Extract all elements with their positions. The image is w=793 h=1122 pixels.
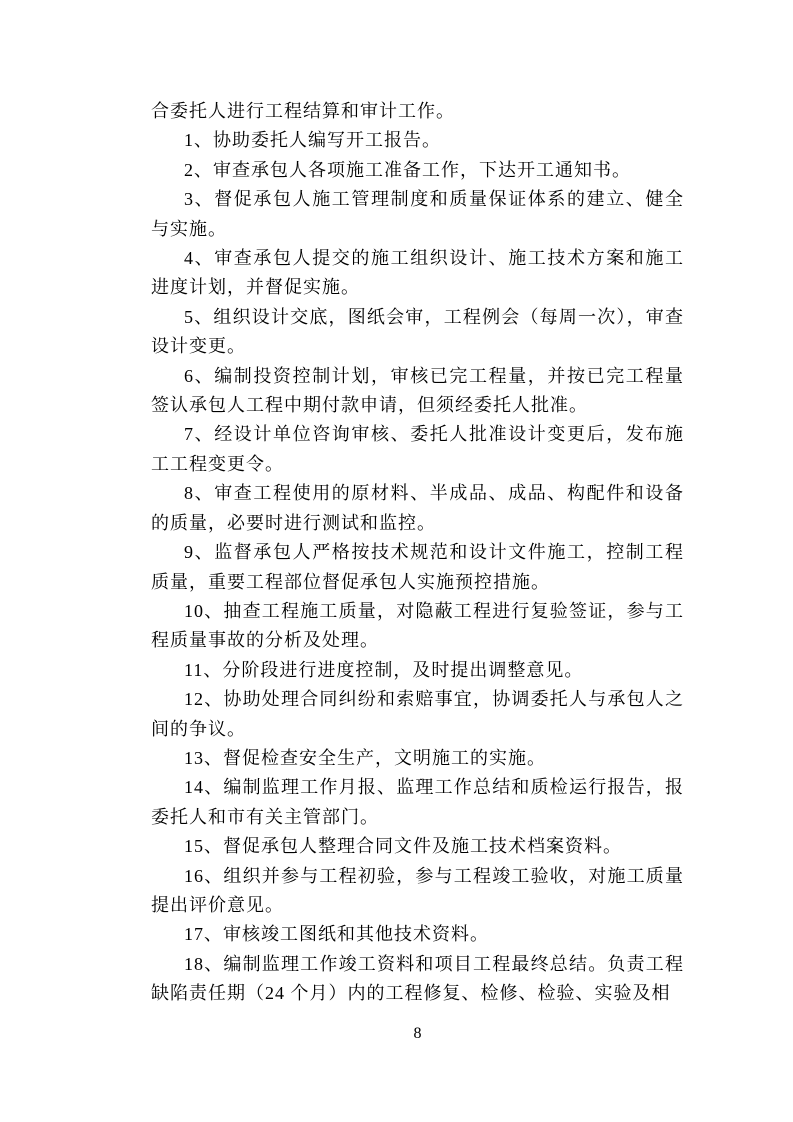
paragraph: 合委托人进行工程结算和审计工作。 bbox=[151, 97, 684, 126]
paragraph: 6、编制投资控制计划，审核已完工程量，并按已完工程量签认承包人工程中期付款申请，… bbox=[151, 362, 684, 421]
paragraph: 7、经设计单位咨询审核、委托人批准设计变更后，发布施工工程变更令。 bbox=[151, 420, 684, 479]
paragraph: 9、监督承包人严格按技术规范和设计文件施工，控制工程质量，重要工程部位督促承包人… bbox=[151, 538, 684, 597]
paragraph: 10、抽查工程施工质量，对隐蔽工程进行复验签证，参与工程质量事故的分析及处理。 bbox=[151, 597, 684, 656]
paragraph: 15、督促承包人整理合同文件及施工技术档案资料。 bbox=[151, 832, 684, 861]
document-text: 合委托人进行工程结算和审计工作。1、协助委托人编写开工报告。2、审查承包人各项施… bbox=[151, 97, 684, 1009]
paragraph: 1、协助委托人编写开工报告。 bbox=[151, 126, 684, 155]
paragraph: 5、组织设计交底，图纸会审，工程例会（每周一次），审查设计变更。 bbox=[151, 303, 684, 362]
paragraph: 14、编制监理工作月报、监理工作总结和质检运行报告，报委托人和市有关主管部门。 bbox=[151, 773, 684, 832]
paragraph: 13、督促检查安全生产，文明施工的实施。 bbox=[151, 744, 684, 773]
paragraph: 18、编制监理工作竣工资料和项目工程最终总结。负责工程缺陷责任期（24 个月）内… bbox=[151, 950, 684, 1009]
paragraph: 8、审查工程使用的原材料、半成品、成品、构配件和设备的质量，必要时进行测试和监控… bbox=[151, 479, 684, 538]
document-page: 合委托人进行工程结算和审计工作。1、协助委托人编写开工报告。2、审查承包人各项施… bbox=[0, 0, 793, 1122]
page-number: 8 bbox=[151, 1024, 684, 1044]
paragraph: 3、督促承包人施工管理制度和质量保证体系的建立、健全与实施。 bbox=[151, 185, 684, 244]
paragraph: 11、分阶段进行进度控制，及时提出调整意见。 bbox=[151, 656, 684, 685]
paragraph: 2、审查承包人各项施工准备工作，下达开工通知书。 bbox=[151, 156, 684, 185]
paragraph: 16、组织并参与工程初验，参与工程竣工验收，对施工质量提出评价意见。 bbox=[151, 862, 684, 921]
paragraph: 12、协助处理合同纠纷和索赔事宜，协调委托人与承包人之间的争议。 bbox=[151, 685, 684, 744]
paragraph: 4、审查承包人提交的施工组织设计、施工技术方案和施工进度计划，并督促实施。 bbox=[151, 244, 684, 303]
paragraph: 17、审核竣工图纸和其他技术资料。 bbox=[151, 920, 684, 949]
